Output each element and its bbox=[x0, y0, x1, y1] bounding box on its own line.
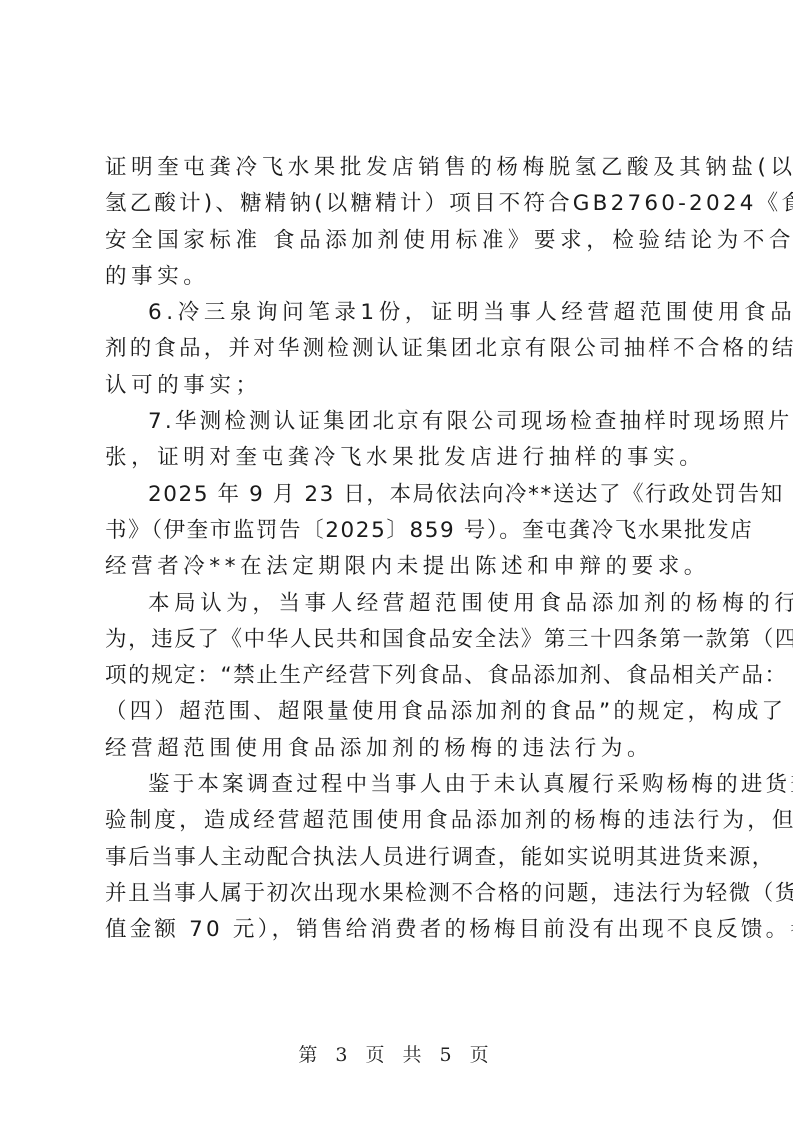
paragraph-notice-start: 2025 年 9 月 23 日，本局依法向冷**送达了《行政处罚告知 bbox=[105, 477, 695, 513]
text-line: 值金额 70 元），销售给消费者的杨梅目前没有出现不良反馈。参 bbox=[105, 912, 695, 948]
paragraph-evidence-7-start: 7.华测检测认证集团北京有限公司现场检查抽样时现场照片6 bbox=[105, 404, 695, 440]
text-line: 氢乙酸计)、糖精钠(以糖精计）项目不符合GB2760-2024《食品 bbox=[105, 186, 695, 222]
text-line: 项的规定：“禁止生产经营下列食品、食品添加剂、食品相关产品： bbox=[105, 658, 695, 694]
paragraph-evidence-6-start: 6.冷三泉询问笔录1份，证明当事人经营超范围使用食品添加 bbox=[105, 295, 695, 331]
paragraph-mitigation-start: 鉴于本案调查过程中当事人由于未认真履行采购杨梅的进货查 bbox=[105, 767, 695, 803]
page-number-footer: 第 3 页 共 5 页 bbox=[0, 1040, 793, 1067]
text-line: 书》（伊奎市监罚告〔2025〕859 号）。奎屯龚冷飞水果批发店 bbox=[105, 513, 695, 549]
text-line: 并且当事人属于初次出现水果检测不合格的问题，违法行为轻微（货 bbox=[105, 876, 695, 912]
text-line: 认可的事实； bbox=[105, 368, 695, 404]
text-line: 验制度，造成经营超范围使用食品添加剂的杨梅的违法行为，但 bbox=[105, 803, 695, 839]
text-line: 张，证明对奎屯龚冷飞水果批发店进行抽样的事实。 bbox=[105, 440, 695, 476]
text-line: 安全国家标准 食品添加剂使用标准》要求，检验结论为不合格 bbox=[105, 223, 695, 259]
text-line: 的事实。 bbox=[105, 259, 695, 295]
text-line: 剂的食品，并对华测检测认证集团北京有限公司抽样不合格的结果 bbox=[105, 331, 695, 367]
text-line: （四）超范围、超限量使用食品添加剂的食品”的规定，构成了 bbox=[105, 694, 695, 730]
text-line: 事后当事人主动配合执法人员进行调查，能如实说明其进货来源， bbox=[105, 840, 695, 876]
document-page: 证明奎屯龚冷飞水果批发店销售的杨梅脱氢乙酸及其钠盐(以脱 氢乙酸计)、糖精钠(以… bbox=[0, 0, 793, 1122]
document-body: 证明奎屯龚冷飞水果批发店销售的杨梅脱氢乙酸及其钠盐(以脱 氢乙酸计)、糖精钠(以… bbox=[105, 150, 695, 949]
paragraph-finding-start: 本局认为，当事人经营超范围使用食品添加剂的杨梅的行 bbox=[105, 586, 695, 622]
text-line: 经营者冷**在法定期限内未提出陈述和申辩的要求。 bbox=[105, 549, 695, 585]
text-line: 为，违反了《中华人民共和国食品安全法》第三十四条第一款第（四） bbox=[105, 622, 695, 658]
text-line: 经营超范围使用食品添加剂的杨梅的违法行为。 bbox=[105, 731, 695, 767]
text-line: 证明奎屯龚冷飞水果批发店销售的杨梅脱氢乙酸及其钠盐(以脱 bbox=[105, 150, 695, 186]
